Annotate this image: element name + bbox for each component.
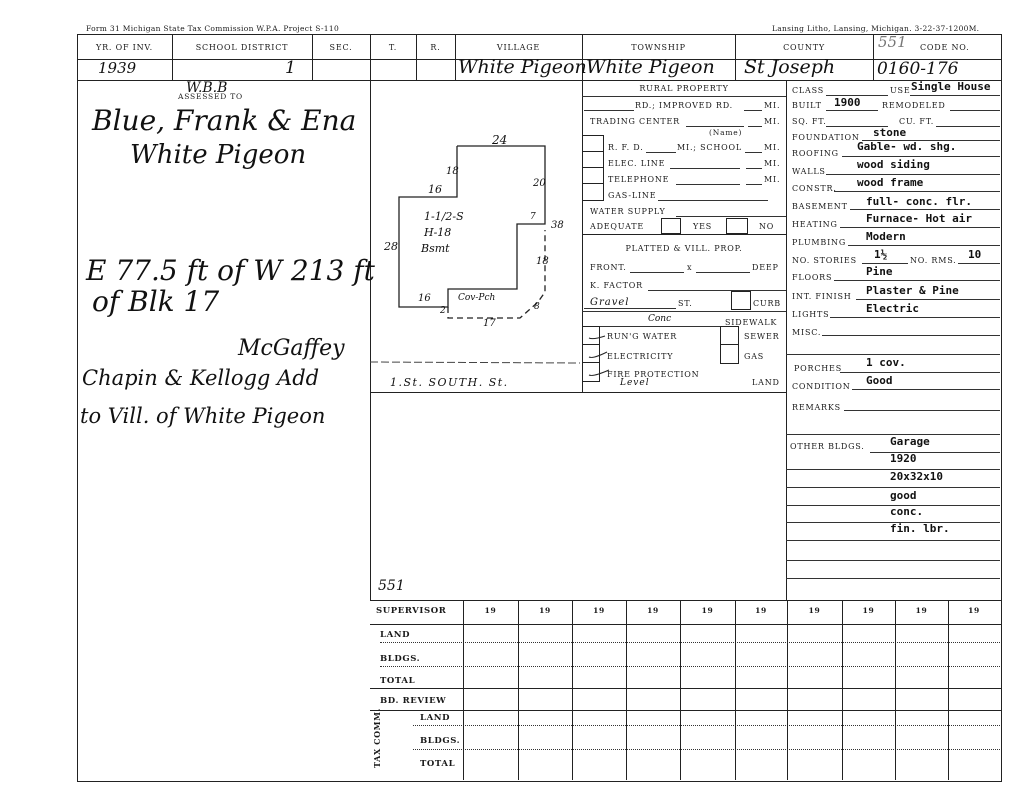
valuation-cell[interactable] [574,737,624,753]
valuation-cell[interactable] [682,692,733,708]
electricity-label: ELECTRICITY [607,352,673,361]
cu-ft-label: CU. FT. [899,117,934,126]
valuation-cell[interactable] [789,737,840,753]
header-village-label: VILLAGE [455,43,582,52]
valuation-cell[interactable] [844,760,893,776]
valuation-cell[interactable] [950,672,998,688]
foundation-value[interactable]: stone [873,126,906,139]
valuation-cell[interactable] [897,650,946,666]
porch-label: Cov-Pch [458,293,495,303]
village-value[interactable]: White Pigeon [458,56,587,78]
other-bldgs-label: OTHER BLDGS. [790,442,865,451]
valuation-cell[interactable] [520,692,570,708]
st-label: ST. [678,299,693,308]
valuation-cell[interactable] [789,672,840,688]
trading-center-label: TRADING CENTER [590,117,680,126]
valuation-cell[interactable] [897,672,946,688]
other-bldg-line-6[interactable]: fin. lbr. [890,522,950,535]
constr-label: CONSTR. [792,184,837,193]
roofing-label: ROOFING [792,149,839,158]
header-county-label: COUNTY [735,43,873,52]
valuation-cell[interactable] [789,692,840,708]
valuation-column-divider [680,600,681,780]
elec-mi: MI. [764,159,780,168]
sq-ft-label: SQ. FT. [792,117,827,126]
valuation-cell[interactable] [520,650,570,666]
floors-value[interactable]: Pine [866,265,893,278]
year-header: 19 [842,606,895,615]
valuation-cell[interactable] [737,692,785,708]
valuation-cell[interactable] [520,760,570,776]
valuation-cell[interactable] [520,714,570,730]
curb-checkbox[interactable] [731,291,751,310]
valuation-cell[interactable] [574,672,624,688]
other-bldg-line-3[interactable]: 20x32x10 [890,470,943,483]
no-stories-value[interactable]: 1½ [874,248,887,261]
valuation-cell[interactable] [789,626,840,642]
valuation-cell[interactable] [628,626,678,642]
addition-line-3[interactable]: to Vill. of White Pigeon [80,404,325,428]
basement-value[interactable]: full- conc. flr. [866,195,972,208]
valuation-cell[interactable] [789,760,840,776]
gas-checkbox[interactable] [720,344,739,364]
header-r-label: R. [416,43,455,52]
k-factor-label: K. FACTOR [590,281,643,290]
legal-description-1[interactable]: E 77.5 ft of W 213 ft [86,254,375,287]
tax-comm-label: TAX COMM. [372,708,382,768]
dim-left-upper: 18 [446,166,459,177]
year-value[interactable]: 1939 [98,59,136,77]
valuation-column-divider [948,600,949,780]
legal-description-2[interactable]: of Blk 17 [92,285,219,318]
valuation-cell[interactable] [628,692,678,708]
porches-label: PORCHES [794,364,842,373]
valuation-cell[interactable] [950,626,998,642]
valuation-cell[interactable] [574,692,624,708]
valuation-cell[interactable] [682,626,733,642]
tc-bldgs-label: BLDGS. [420,736,460,746]
int-finish-label: INT. FINISH [792,292,852,301]
valuation-cell[interactable] [844,672,893,688]
street-label: 1.St. SOUTH. St. [390,376,509,389]
valuation-cell[interactable] [520,737,570,753]
assessed-to-label: ASSESSED TO [178,92,243,101]
dim-bottom-left: 16 [418,293,431,304]
land-row-label: LAND [380,630,410,640]
printer-line: Lansing Litho, Lansing, Michigan. 3-22-3… [772,24,979,33]
valuation-cell[interactable] [950,737,998,753]
addition-line-2[interactable]: Chapin & Kellogg Add [82,366,319,390]
valuation-cell[interactable] [844,737,893,753]
valuation-cell[interactable] [520,672,570,688]
year-header: 19 [895,606,948,615]
valuation-cell[interactable] [574,760,624,776]
valuation-cell[interactable] [950,760,998,776]
adequate-label: ADEQUATE [590,222,644,231]
total-row-label: TOTAL [380,676,415,686]
lights-label: LIGHTS [792,310,829,319]
elec-line-label: ELEC. LINE [608,159,665,168]
dim-porch-small: 2 [440,306,446,316]
valuation-cell[interactable] [737,737,785,753]
sketch-note-height: H-18 [424,226,451,239]
owner-name[interactable]: Blue, Frank & Ena [92,104,356,137]
valuation-cell[interactable] [897,714,946,730]
valuation-cell[interactable] [682,672,733,688]
year-header: 19 [518,606,572,615]
constr-value[interactable]: wood frame [857,176,923,189]
gas-line-label: GAS-LINE [608,191,656,200]
valuation-cell[interactable] [465,692,516,708]
county-value[interactable]: St Joseph [744,56,835,78]
year-header: 19 [948,606,1000,615]
misc-label: MISC. [792,328,821,337]
no-label: NO [759,222,774,231]
other-bldg-line-5[interactable]: conc. [890,505,923,518]
valuation-cell[interactable] [844,692,893,708]
valuation-cell[interactable] [950,714,998,730]
valuation-column-divider [572,600,573,780]
rfd-label: R. F. D. [608,143,644,152]
header-sec-label: SEC. [312,43,370,52]
valuation-cell[interactable] [628,760,678,776]
valuation-cell[interactable] [844,650,893,666]
built-label: BUILT [792,101,822,110]
platted-title: PLATTED & VILL. PROP. [582,244,786,253]
use-label: USE [890,86,910,95]
lights-value[interactable]: Electric [866,302,919,315]
year-header: 19 [735,606,787,615]
valuation-cell[interactable] [789,714,840,730]
land-value[interactable]: Level [620,378,650,388]
running-water-label: RUN'G WATER [607,332,677,341]
plumbing-label: PLUMBING [792,238,846,247]
valuation-column-divider [842,600,843,780]
other-bldg-line-1[interactable]: Garage [890,435,930,448]
year-header: 19 [572,606,626,615]
dim-notch-a: 7 [530,212,536,222]
header-t-label: T. [370,43,416,52]
dim-top: 24 [492,133,507,147]
valuation-cell[interactable] [682,760,733,776]
valuation-cell[interactable] [465,650,516,666]
supervisor-label: SUPERVISOR [376,606,446,616]
code-no-value[interactable]: 0160-176 [877,59,958,79]
walls-label: WALLS [792,167,826,176]
valuation-cell[interactable] [628,650,678,666]
valuation-cell[interactable] [737,626,785,642]
valuation-cell[interactable] [465,737,516,753]
sewer-checkbox[interactable] [720,326,739,346]
addition-line-1[interactable]: McGaffey [238,336,345,361]
floors-label: FLOORS [792,273,832,282]
dim-right-total: 38 [551,220,564,231]
sidewalk-value[interactable]: Conc [648,314,671,324]
rd-mi: MI. [764,101,780,110]
curb-label: CURB [753,299,781,308]
other-bldg-line-2[interactable]: 1920 [890,452,917,465]
valuation-cell[interactable] [737,760,785,776]
dim-porch-diag: 8 [534,302,540,312]
owner-town[interactable]: White Pigeon [130,140,306,170]
building-sketch [370,80,585,395]
no-rms-label: NO. RMS. [910,256,957,265]
valuation-cell[interactable] [737,650,785,666]
gas-label: GAS [744,352,764,361]
valuation-cell[interactable] [574,714,624,730]
porches-value[interactable]: 1 cov. [866,356,906,369]
school-district-value[interactable]: 1 [285,58,296,78]
basement-label: BASEMENT [792,202,848,211]
rd-label: RD.; IMPROVED RD. [635,101,733,110]
valuation-column-divider [463,600,464,780]
telephone-label: TELEPHONE [608,175,669,184]
valuation-cell[interactable] [737,672,785,688]
sketch-note-basement: Bsmt [421,242,450,255]
valuation-cell[interactable] [844,714,893,730]
land-label: LAND [752,378,780,387]
street-surface-value[interactable]: Gravel [590,297,630,308]
year-header: 19 [680,606,735,615]
valuation-cell[interactable] [465,760,516,776]
trading-mi: MI. [764,117,780,126]
front-label: FRONT. [590,263,627,272]
valuation-column-divider [626,600,627,780]
year-header: 19 [463,606,518,615]
valuation-cell[interactable] [682,650,733,666]
year-header: 19 [787,606,842,615]
use-value[interactable]: Single House [911,80,990,93]
valuation-cell[interactable] [897,760,946,776]
bldgs-row-label: BLDGS. [380,654,420,664]
valuation-cell[interactable] [897,626,946,642]
school-label: MI.; SCHOOL [677,143,742,152]
tc-total-label: TOTAL [420,759,455,769]
name-hint: (Name) [709,128,742,137]
bd-review-label: BD. REVIEW [380,696,446,706]
tc-land-label: LAND [420,713,450,723]
yes-label: YES [693,222,712,231]
other-bldg-line-4[interactable]: good [890,489,917,502]
valuation-cell[interactable] [628,714,678,730]
adequate-yes-checkbox[interactable] [661,218,681,234]
valuation-cell[interactable] [897,692,946,708]
valuation-cell[interactable] [789,650,840,666]
valuation-cell[interactable] [520,626,570,642]
valuation-cell[interactable] [950,692,998,708]
sewer-label: SEWER [744,332,779,341]
rural-title: RURAL PROPERTY [582,84,786,93]
heating-value[interactable]: Furnace- Hot air [866,212,972,225]
remodeled-label: REMODELED [882,101,946,110]
valuation-cell[interactable] [465,672,516,688]
form-number-line: Form 31 Michigan State Tax Commission W.… [86,24,339,33]
valuation-cell[interactable] [465,714,516,730]
adequate-no-checkbox[interactable] [726,218,748,234]
sketch-note-stories: 1-1/2-S [424,210,464,223]
condition-value[interactable]: Good [866,374,893,387]
valuation-column-divider [518,600,519,780]
class-label: CLASS [792,86,824,95]
dim-porch-bottom: 17 [483,318,496,329]
plumbing-value[interactable]: Modern [866,230,906,243]
walls-value[interactable]: wood siding [857,158,930,171]
water-supply-label: WATER SUPPLY [590,207,666,216]
remarks-label: REMARKS [792,403,841,412]
year-header: 19 [626,606,680,615]
dim-left: 28 [384,240,398,253]
no-stories-label: NO. STORIES [792,256,857,265]
valuation-cell[interactable] [574,650,624,666]
card-number: 551 [378,578,405,594]
dim-step: 16 [428,183,442,196]
valuation-cell[interactable] [737,714,785,730]
valuation-cell[interactable] [682,714,733,730]
built-value[interactable]: 1900 [834,96,861,109]
valuation-column-divider [787,600,788,780]
township-value[interactable]: White Pigeon [586,56,715,78]
valuation-cell[interactable] [628,672,678,688]
gas-line-checkbox[interactable] [582,183,604,201]
foundation-label: FOUNDATION [792,133,860,142]
valuation-cell[interactable] [682,737,733,753]
rfd-mi: MI. [764,143,780,152]
int-finish-value[interactable]: Plaster & Pine [866,284,959,297]
telephone-mi: MI. [764,175,780,184]
code-annotation: 551 [878,33,907,51]
valuation-cell[interactable] [844,626,893,642]
valuation-cell[interactable] [628,737,678,753]
valuation-cell[interactable] [574,626,624,642]
no-rms-value[interactable]: 10 [968,248,981,261]
header-code-label: CODE NO. [920,43,970,52]
header-yr-label: YR. OF INV. [77,43,172,52]
valuation-cell[interactable] [897,737,946,753]
valuation-column-divider [735,600,736,780]
dim-right-upper: 20 [533,178,546,189]
valuation-cell[interactable] [465,626,516,642]
header-school-label: SCHOOL DISTRICT [172,43,312,52]
valuation-column-divider [895,600,896,780]
header-township-label: TOWNSHIP [582,43,735,52]
deep-label: DEEP [752,263,779,272]
dim-right-lower: 18 [536,256,549,267]
x-label: x [687,263,692,272]
condition-label: CONDITION [792,382,851,391]
heating-label: HEATING [792,220,838,229]
roofing-value[interactable]: Gable- wd. shg. [857,140,956,153]
valuation-cell[interactable] [950,650,998,666]
